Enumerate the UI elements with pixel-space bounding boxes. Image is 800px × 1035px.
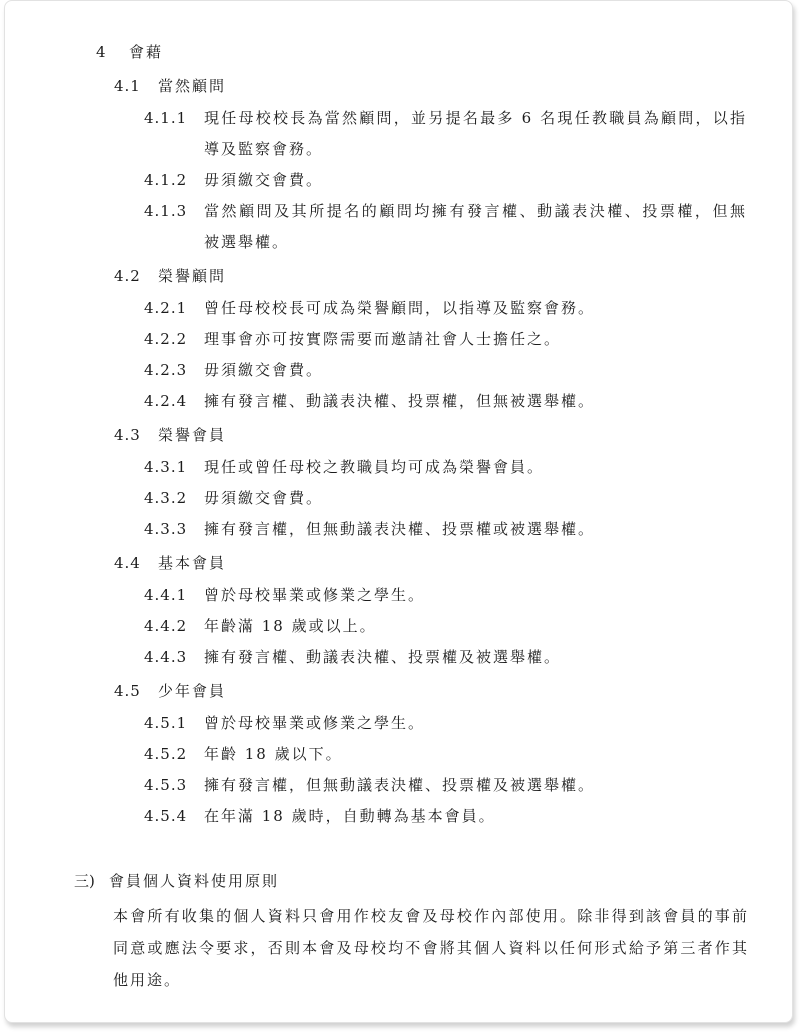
subsection-number: 4.4 (114, 548, 158, 579)
clause-text: 理事會亦可按實際需要而邀請社會人士擔任之。 (204, 324, 747, 355)
clause-4-1-1: 4.1.1 現任母校校長為當然顧問，並另提名最多 6 名現任教職員為顧問，以指導… (5, 103, 792, 165)
section-number: 4 (96, 37, 129, 68)
subsection-number: 4.2 (114, 261, 158, 292)
clause-number: 4.5.3 (144, 770, 204, 801)
clause-number: 4.3.2 (144, 483, 204, 514)
subsection-number: 4.5 (114, 676, 158, 707)
clause-4-3-1: 4.3.1 現任或曾任母校之教職員均可成為榮譽會員。 (5, 452, 792, 483)
section-title: 會員個人資料使用原則 (109, 872, 279, 890)
clause-4-1-3: 4.1.3 當然顧問及其所提名的顧問均擁有發言權、動議表決權、投票權，但無被選舉… (5, 196, 792, 258)
clause-4-1-2: 4.1.2 毋須繳交會費。 (5, 165, 792, 196)
clause-text: 擁有發言權，但無動議表決權、投票權或被選舉權。 (204, 514, 747, 545)
section-label: 三) (74, 866, 109, 897)
subsection-heading-4-5: 4.5少年會員 (5, 676, 792, 707)
clause-text: 現任或曾任母校之教職員均可成為榮譽會員。 (204, 452, 747, 483)
subsection-title: 少年會員 (158, 682, 226, 700)
clause-text: 當然顧問及其所提名的顧問均擁有發言權、動議表決權、投票權，但無被選舉權。 (204, 196, 747, 258)
clause-text: 擁有發言權，但無動議表決權、投票權及被選舉權。 (204, 770, 747, 801)
clause-number: 4.3.1 (144, 452, 204, 483)
clause-number: 4.5.2 (144, 739, 204, 770)
clause-number: 4.5.1 (144, 708, 204, 739)
clause-4-5-3: 4.5.3 擁有發言權，但無動議表決權、投票權及被選舉權。 (5, 770, 792, 801)
clause-text: 曾於母校畢業或修業之學生。 (204, 580, 747, 611)
clause-4-2-1: 4.2.1 曾任母校校長可成為榮譽顧問，以指導及監察會務。 (5, 293, 792, 324)
clause-number: 4.2.4 (144, 386, 204, 417)
subsection-title: 當然顧問 (158, 77, 226, 95)
clause-number: 4.5.4 (144, 801, 204, 832)
clause-text: 毋須繳交會費。 (204, 165, 747, 196)
clause-number: 4.2.2 (144, 324, 204, 355)
clause-4-2-3: 4.2.3 毋須繳交會費。 (5, 355, 792, 386)
clause-text: 毋須繳交會費。 (204, 483, 747, 514)
clause-text: 擁有發言權、動議表決權、投票權，但無被選舉權。 (204, 386, 747, 417)
clause-text: 現任母校校長為當然顧問，並另提名最多 6 名現任教職員為顧問，以指導及監察會務。 (204, 103, 747, 165)
privacy-paragraph: 本會所有收集的個人資料只會用作校友會及母校作內部使用。除非得到該會員的事前同意或… (113, 900, 749, 996)
subsection-number: 4.3 (114, 420, 158, 451)
section-heading-4: 4會藉 (5, 37, 792, 68)
clause-4-5-1: 4.5.1 曾於母校畢業或修業之學生。 (5, 708, 792, 739)
clause-4-2-2: 4.2.2 理事會亦可按實際需要而邀請社會人士擔任之。 (5, 324, 792, 355)
document-page: 4會藉 4.1當然顧問 4.1.1 現任母校校長為當然顧問，並另提名最多 6 名… (4, 0, 793, 1023)
clause-number: 4.2.1 (144, 293, 204, 324)
clause-number: 4.1.2 (144, 165, 204, 196)
subsection-title: 榮譽顧問 (158, 267, 226, 285)
subsection-heading-4-4: 4.4基本會員 (5, 548, 792, 579)
clause-4-3-2: 4.3.2 毋須繳交會費。 (5, 483, 792, 514)
clause-number: 4.1.1 (144, 103, 204, 165)
section-heading-3: 三)會員個人資料使用原則 (5, 866, 792, 897)
subsection-title: 基本會員 (158, 554, 226, 572)
clause-number: 4.1.3 (144, 196, 204, 258)
clause-number: 4.3.3 (144, 514, 204, 545)
subsection-number: 4.1 (114, 71, 158, 102)
clause-4-3-3: 4.3.3 擁有發言權，但無動議表決權、投票權或被選舉權。 (5, 514, 792, 545)
clause-4-5-2: 4.5.2 年齡 18 歲以下。 (5, 739, 792, 770)
subsection-heading-4-1: 4.1當然顧問 (5, 71, 792, 102)
clause-number: 4.4.1 (144, 580, 204, 611)
clause-number: 4.4.2 (144, 611, 204, 642)
clause-4-4-2: 4.4.2 年齡滿 18 歲或以上。 (5, 611, 792, 642)
clause-4-2-4: 4.2.4 擁有發言權、動議表決權、投票權，但無被選舉權。 (5, 386, 792, 417)
clause-text: 曾於母校畢業或修業之學生。 (204, 708, 747, 739)
clause-4-4-3: 4.4.3 擁有發言權、動議表決權、投票權及被選舉權。 (5, 642, 792, 673)
subsection-title: 榮譽會員 (158, 426, 226, 444)
clause-text: 曾任母校校長可成為榮譽顧問，以指導及監察會務。 (204, 293, 747, 324)
subsection-heading-4-2: 4.2榮譽顧問 (5, 261, 792, 292)
clause-text: 年齡滿 18 歲或以上。 (204, 611, 747, 642)
clause-4-5-4: 4.5.4 在年滿 18 歲時，自動轉為基本會員。 (5, 801, 792, 832)
subsection-heading-4-3: 4.3榮譽會員 (5, 420, 792, 451)
clause-text: 在年滿 18 歲時，自動轉為基本會員。 (204, 801, 747, 832)
clause-text: 擁有發言權、動議表決權、投票權及被選舉權。 (204, 642, 747, 673)
clause-number: 4.4.3 (144, 642, 204, 673)
clause-number: 4.2.3 (144, 355, 204, 386)
clause-4-4-1: 4.4.1 曾於母校畢業或修業之學生。 (5, 580, 792, 611)
clause-text: 毋須繳交會費。 (204, 355, 747, 386)
clause-text: 年齡 18 歲以下。 (204, 739, 747, 770)
section-title: 會藉 (129, 43, 163, 61)
